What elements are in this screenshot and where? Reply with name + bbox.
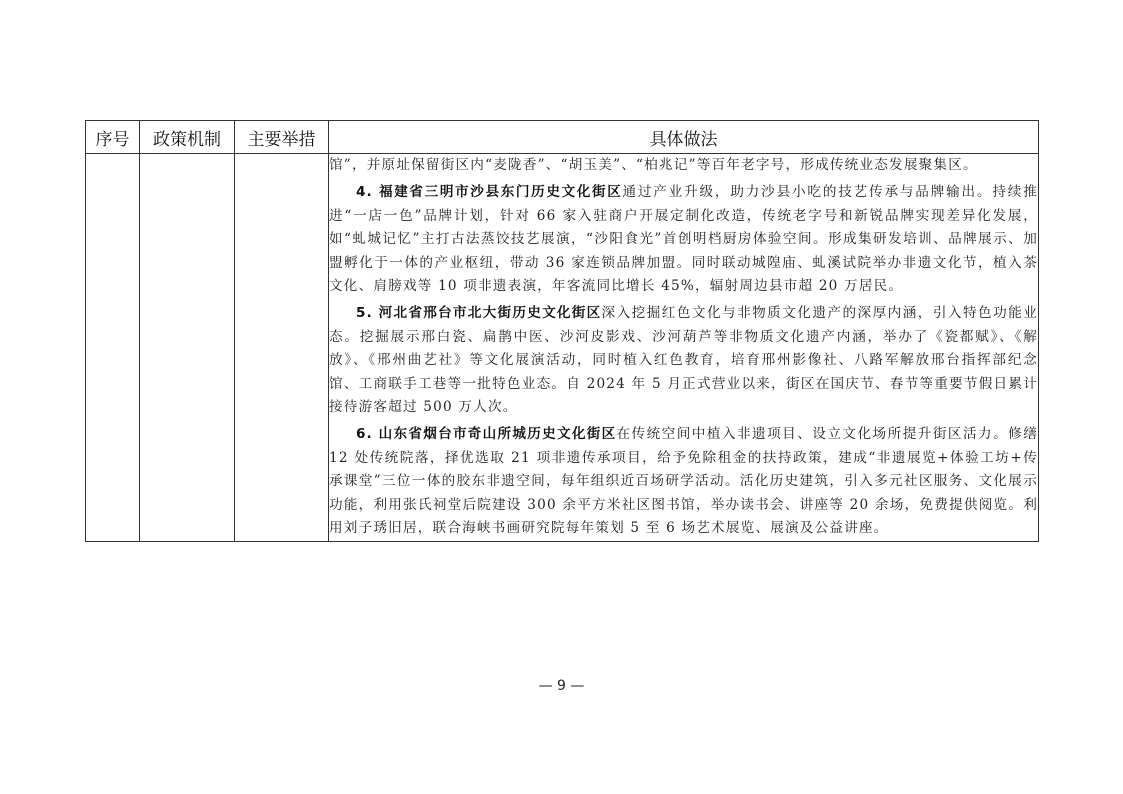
paragraph-continuation: 馆”，并原址保留街区内“麦陇香”、“胡玉美”、“柏兆记”等百年老字号，形成传统业… — [329, 154, 1038, 177]
table-header-row: 序号 政策机制 主要举措 具体做法 — [86, 121, 1039, 154]
paragraph-item-4: 4. 福建省三明市沙县东门历史文化街区通过产业升级，助力沙县小吃的技艺传承与品牌… — [329, 181, 1038, 298]
header-policy-mechanism: 政策机制 — [140, 121, 235, 154]
paragraph-item-6: 6. 山东省烟台市奇山所城历史文化街区在传统空间中植入非遗项目、设立文化场所提升… — [329, 423, 1038, 540]
policy-table: 序号 政策机制 主要举措 具体做法 馆”，并原址保留街区内“麦陇香”、“胡玉美”… — [85, 120, 1039, 542]
cell-policy-mechanism — [140, 154, 235, 542]
page-number: — 9 — — [0, 678, 1123, 694]
header-specific-practices: 具体做法 — [329, 121, 1039, 154]
paragraph-text: 在传统空间中植入非遗项目、设立文化场所提升街区活力。修缮 12 处传统院落，择优… — [329, 426, 1038, 536]
paragraph-lead: 5. 河北省邢台市北大街历史文化街区 — [356, 305, 602, 321]
paragraph-lead: 6. 山东省烟台市奇山所城历史文化街区 — [356, 426, 616, 442]
paragraph-text: 深入挖掘红色文化与非物质文化遗产的深厚内涵，引入特色功能业态。挖掘展示邢白瓷、扁… — [329, 305, 1038, 415]
document-page: 序号 政策机制 主要举措 具体做法 馆”，并原址保留街区内“麦陇香”、“胡玉美”… — [0, 0, 1123, 794]
paragraph-text: 通过产业升级，助力沙县小吃的技艺传承与品牌输出。持续推进“一店一色”品牌计划，针… — [329, 184, 1038, 294]
cell-specific-practices: 馆”，并原址保留街区内“麦陇香”、“胡玉美”、“柏兆记”等百年老字号，形成传统业… — [329, 154, 1039, 542]
paragraph-item-5: 5. 河北省邢台市北大街历史文化街区深入挖掘红色文化与非物质文化遗产的深厚内涵，… — [329, 302, 1038, 419]
paragraph-lead: 4. 福建省三明市沙县东门历史文化街区 — [356, 184, 622, 200]
header-main-measures: 主要举措 — [235, 121, 329, 154]
cell-main-measures — [235, 154, 329, 542]
paragraph-text: 馆”，并原址保留街区内“麦陇香”、“胡玉美”、“柏兆记”等百年老字号，形成传统业… — [329, 157, 978, 173]
header-index: 序号 — [86, 121, 140, 154]
table-row: 馆”，并原址保留街区内“麦陇香”、“胡玉美”、“柏兆记”等百年老字号，形成传统业… — [86, 154, 1039, 542]
cell-index — [86, 154, 140, 542]
